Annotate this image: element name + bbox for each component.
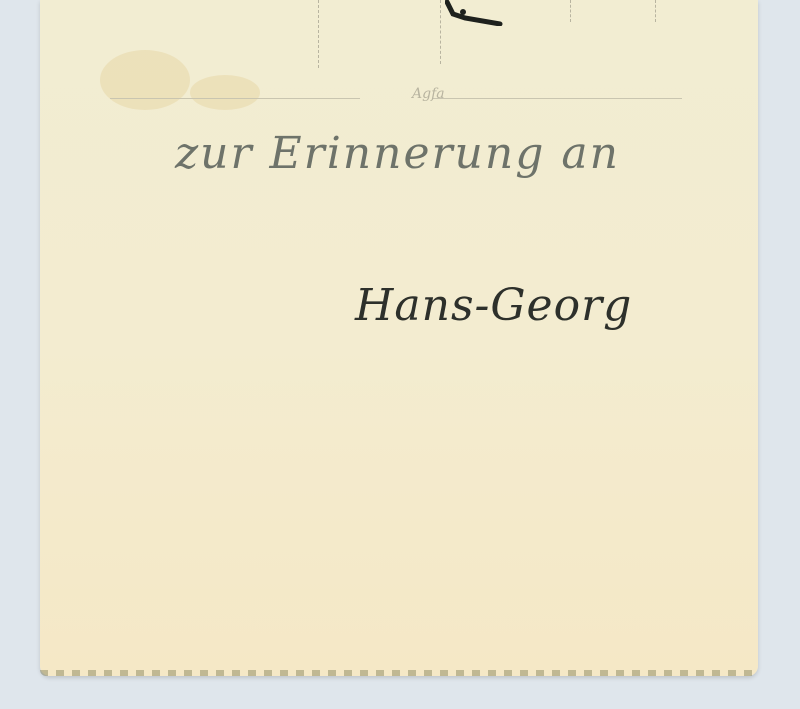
- divider-line: [440, 0, 441, 64]
- divider-line: [655, 0, 656, 22]
- handwriting-line-2: Hans-Georg: [355, 280, 632, 331]
- ink-mark: [445, 0, 505, 26]
- address-rule: [110, 98, 360, 99]
- divider-line: [570, 0, 571, 22]
- divider-line: [318, 0, 319, 68]
- stain: [100, 50, 190, 110]
- address-rule: [432, 98, 682, 99]
- postcard: Agfa zur Erinnerung an Hans-Georg: [40, 0, 758, 676]
- stain: [190, 75, 260, 110]
- handwriting-line-1: zur Erinnerung an: [175, 128, 620, 179]
- agfa-imprint: Agfa: [412, 86, 445, 102]
